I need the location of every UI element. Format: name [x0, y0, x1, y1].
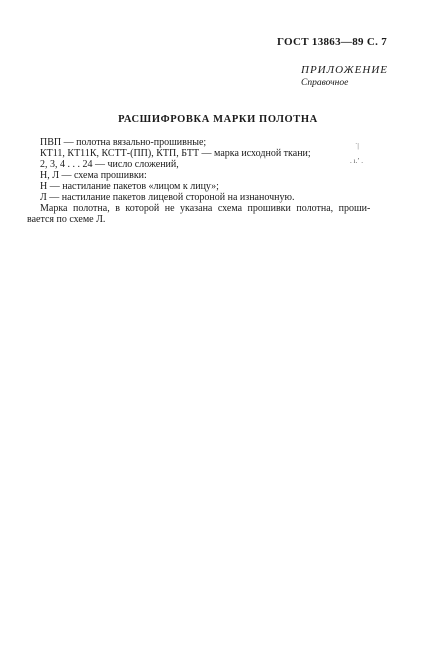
- scan-artifact: . ı.ʼ .: [350, 157, 363, 165]
- document-title: РАСШИФРОВКА МАРКИ ПОЛОТНА: [0, 114, 424, 125]
- standard-reference: ГОСТ 13863—89 С. 7: [277, 36, 387, 48]
- paragraph-line-1: Марка полотна, в которой не указана схем…: [27, 203, 389, 214]
- definition-line-fold-count: 2, 3, 4 . . . 24 — число сложений,: [27, 159, 389, 170]
- definition-line-fabric-mark: КТ11, КТ11К, КСТТ-(ПП), КТП, БТТ — марка…: [27, 148, 389, 159]
- scan-artifact: ˙|: [355, 142, 359, 150]
- definition-line-scheme-n: Н — настилание пакетов «лицом к лицу»;: [27, 181, 389, 192]
- document-body: ПВП — полотна вязально-прошивные; КТ11, …: [27, 137, 389, 225]
- appendix-title: ПРИЛОЖЕНИЕ: [301, 63, 388, 77]
- definition-line-scheme-l: Л — настилание пакетов лицевой стороной …: [27, 192, 389, 203]
- appendix-block: ПРИЛОЖЕНИЕ Справочное: [301, 63, 388, 89]
- definition-line-stitch-scheme: Н, Л — схема прошивки:: [27, 170, 389, 181]
- appendix-subtitle: Справочное: [301, 77, 388, 89]
- definition-line-pvp: ПВП — полотна вязально-прошивные;: [27, 137, 389, 148]
- paragraph-line-2: вается по схеме Л.: [27, 214, 389, 225]
